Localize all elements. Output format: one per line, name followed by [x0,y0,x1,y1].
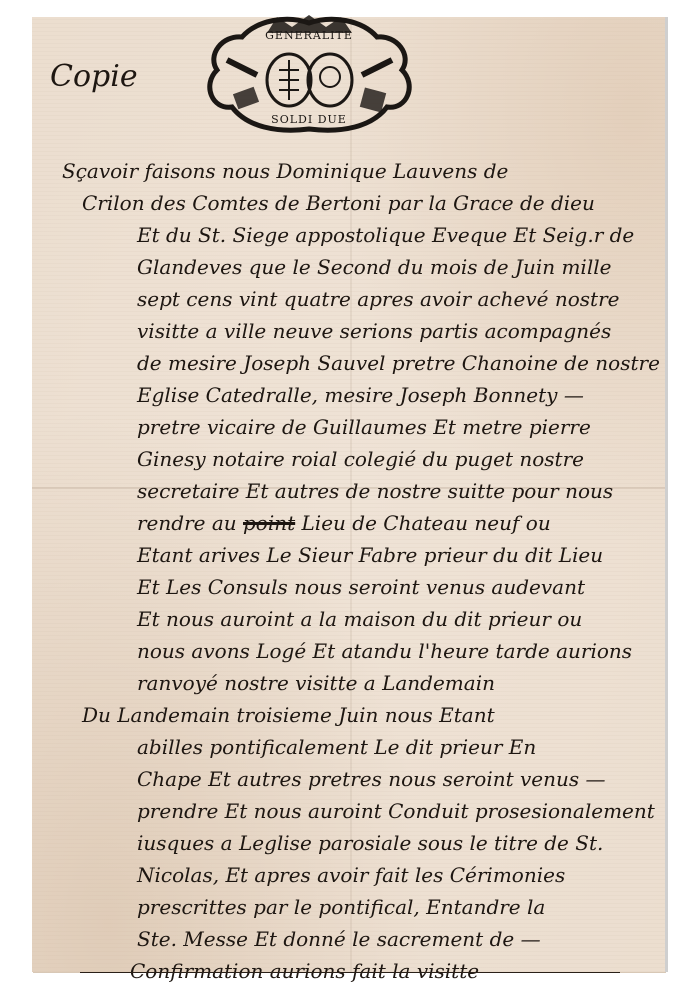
manuscript-line: pretre vicaire de Guillaumes Et metre pi… [137,411,662,443]
manuscript-line: de mesire Joseph Sauvel pretre Chanoine … [137,347,662,379]
svg-text:SOLDI DUE: SOLDI DUE [271,113,347,126]
manuscript-line: Du Landemain troisieme Juin nous Etant [82,699,662,731]
manuscript-line: Crilon des Comtes de Bertoni par la Grac… [82,187,662,219]
closing-flourish-line [80,972,620,973]
manuscript-line: Et du St. Siege appostolique Eveque Et S… [137,219,662,251]
manuscript-line: Et Les Consuls nous seroint venus audeva… [137,571,662,603]
manuscript-line: sept cens vint quatre apres avoir achevé… [137,283,662,315]
manuscript-line: Ginesy notaire roial colegié du puget no… [137,443,662,475]
manuscript-line: visitte a ville neuve serions partis aco… [137,315,662,347]
manuscript-line: prescrittes par le pontifical, Entandre … [137,891,662,923]
struck-word: point [243,511,295,535]
manuscript-line: secretaire Et autres de nostre suitte po… [137,475,662,507]
svg-text:GENERALITE: GENERALITE [265,29,353,42]
manuscript-line: Et nous auroint a la maison du dit prieu… [137,603,662,635]
manuscript-line: Eglise Catedralle, mesire Joseph Bonnety… [137,379,662,411]
manuscript-line: Chape Et autres pretres nous seroint ven… [137,763,662,795]
manuscript-text: Sçavoir faisons nous Dominique Lauvens d… [62,155,662,987]
manuscript-line: rendre au point Lieu de Chateau neuf ou [137,507,662,539]
manuscript-line: Confirmation aurions fait la visitte [130,955,662,987]
manuscript-line: Nicolas, Et apres avoir fait les Cérimon… [137,859,662,891]
manuscript-line: Glandeves que le Second du mois de Juin … [137,251,662,283]
manuscript-line: Sçavoir faisons nous Dominique Lauvens d… [62,155,662,187]
manuscript-line: ranvoyé nostre visitte a Landemain [137,667,662,699]
copie-heading: Copie [50,59,138,94]
manuscript-line: nous avons Logé Et atandu l'heure tarde … [137,635,662,667]
manuscript-line: prendre Et nous auroint Conduit prosesio… [137,795,662,827]
manuscript-line: abilles pontificalement Le dit prieur En [137,731,662,763]
scan-edge [665,17,668,972]
manuscript-line: Ste. Messe Et donné le sacrement de — [137,923,662,955]
manuscript-line: Etant arives Le Sieur Fabre prieur du di… [137,539,662,571]
official-stamp-icon: GENERALITE SOLDI DUE [197,15,422,135]
manuscript-line: iusques a Leglise parosiale sous le titr… [137,827,662,859]
manuscript-page: Copie GENERALITE SOLDI DUE Sçavoir faiso… [32,17,665,972]
